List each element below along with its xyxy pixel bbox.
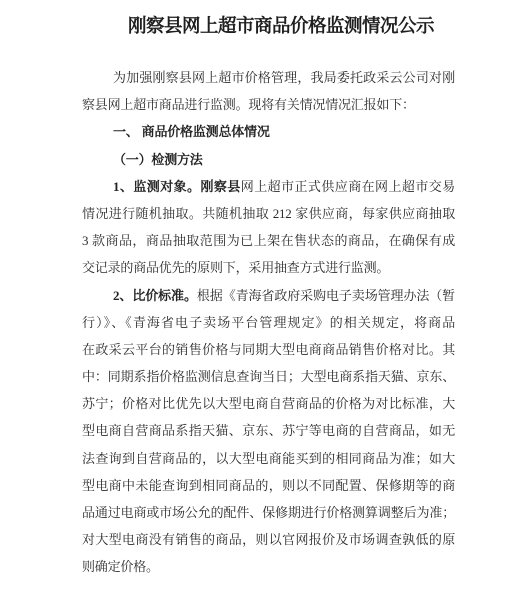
bold-segment: 2、比价标准。	[113, 288, 197, 303]
text-segment: 品通过电商或市场公允的配件、保修期进行价格测算调整后为准；	[82, 505, 455, 520]
text-segment: 情况进行随机抽取。共随机抽取 212 家供应商，每家供应商抽取	[82, 206, 455, 221]
document-line: 行）》、《青海省电子卖场平台管理规定》的相关规定，将商品	[82, 309, 455, 336]
text-segment: 对大型电商没有销售的商品，则以官网报价及市场调查孰低的原	[82, 532, 455, 547]
heading-text: 一、 商品价格监测总体情况	[113, 124, 270, 139]
document-line: 品通过电商或市场公允的配件、保修期进行价格测算调整后为准；	[82, 499, 455, 526]
document-line: 在政采云平台的销售价格与同期大型电商商品销售价格对比。其	[82, 336, 455, 363]
heading-text: （一）检测方法	[113, 152, 203, 167]
section-heading: 一、 商品价格监测总体情况	[82, 118, 455, 145]
document-line: 交记录的商品优先的原则下，采用抽查方式进行监测。	[82, 254, 455, 281]
document-line: 法查询到自营商品的，以大型电商能买到的相同商品为准；如大	[82, 445, 455, 472]
text-segment: 3 款商品，商品抽取范围为已上架在售状态的商品，在确保有成	[82, 233, 455, 248]
document-line: 苏宁；价格对比优先以大型电商自营商品的价格为对比标准，大	[82, 390, 455, 417]
subsection-heading: （一）检测方法	[82, 146, 455, 173]
document-line: 3 款商品，商品抽取范围为已上架在售状态的商品，在确保有成	[82, 227, 455, 254]
document-line: 型电商中未能查询到相同商品的，则以不同配置、保修期等的商	[82, 472, 455, 499]
text-segment: 交记录的商品优先的原则下，采用抽查方式进行监测。	[82, 260, 389, 275]
document-line: 情况进行随机抽取。共随机抽取 212 家供应商，每家供应商抽取	[82, 200, 455, 227]
text-segment: 则确定价格。	[82, 559, 159, 574]
text-segment: 苏宁；价格对比优先以大型电商自营商品的价格为对比标准，大	[82, 396, 455, 411]
text-segment: 型电商自营商品系指天猫、京东、苏宁等电商的自营商品，如无	[82, 423, 455, 438]
document-page: 刚察县网上超市商品价格监测情况公示 为加强刚察县网上超市价格管理，我局委托政采云…	[0, 0, 525, 595]
document-title: 刚察县网上超市商品价格监测情况公示	[0, 12, 525, 39]
text-segment: 型电商中未能查询到相同商品的，则以不同配置、保修期等的商	[82, 478, 455, 493]
text-segment: 行）》、《青海省电子卖场平台管理规定》的相关规定，将商品	[82, 315, 455, 330]
document-body: 为加强刚察县网上超市价格管理，我局委托政采云公司对刚 察县网上超市商品进行监测。…	[82, 64, 455, 581]
document-line: 1、监测对象。刚察县网上超市正式供应商在网上超市交易	[82, 173, 455, 200]
bold-segment: 1、监测对象。刚察县	[113, 179, 241, 194]
document-line: 则确定价格。	[82, 553, 455, 580]
text-segment: 法查询到自营商品的，以大型电商能买到的相同商品为准；如大	[82, 451, 455, 466]
document-line: 中：同期系指价格监测信息查询当日；大型电商系指天猫、京东、	[82, 363, 455, 390]
text-segment: 在政采云平台的销售价格与同期大型电商商品销售价格对比。其	[82, 342, 455, 357]
text-segment: 根据《青海省政府采购电子卖场管理办法（暂	[197, 288, 455, 303]
text-segment: 网上超市正式供应商在网上超市交易	[241, 179, 455, 194]
text-segment: 中：同期系指价格监测信息查询当日；大型电商系指天猫、京东、	[82, 369, 455, 384]
document-line: 型电商自营商品系指天猫、京东、苏宁等电商的自营商品，如无	[82, 417, 455, 444]
document-line: 2、比价标准。根据《青海省政府采购电子卖场管理办法（暂	[82, 282, 455, 309]
text-segment: 为加强刚察县网上超市价格管理，我局委托政采云公司对刚	[113, 70, 455, 85]
document-line: 对大型电商没有销售的商品，则以官网报价及市场调查孰低的原	[82, 526, 455, 553]
document-line: 为加强刚察县网上超市价格管理，我局委托政采云公司对刚	[82, 64, 455, 91]
document-line: 察县网上超市商品进行监测。现将有关情况情况汇报如下：	[82, 91, 455, 118]
text-segment: 察县网上超市商品进行监测。现将有关情况情况汇报如下：	[82, 97, 415, 112]
